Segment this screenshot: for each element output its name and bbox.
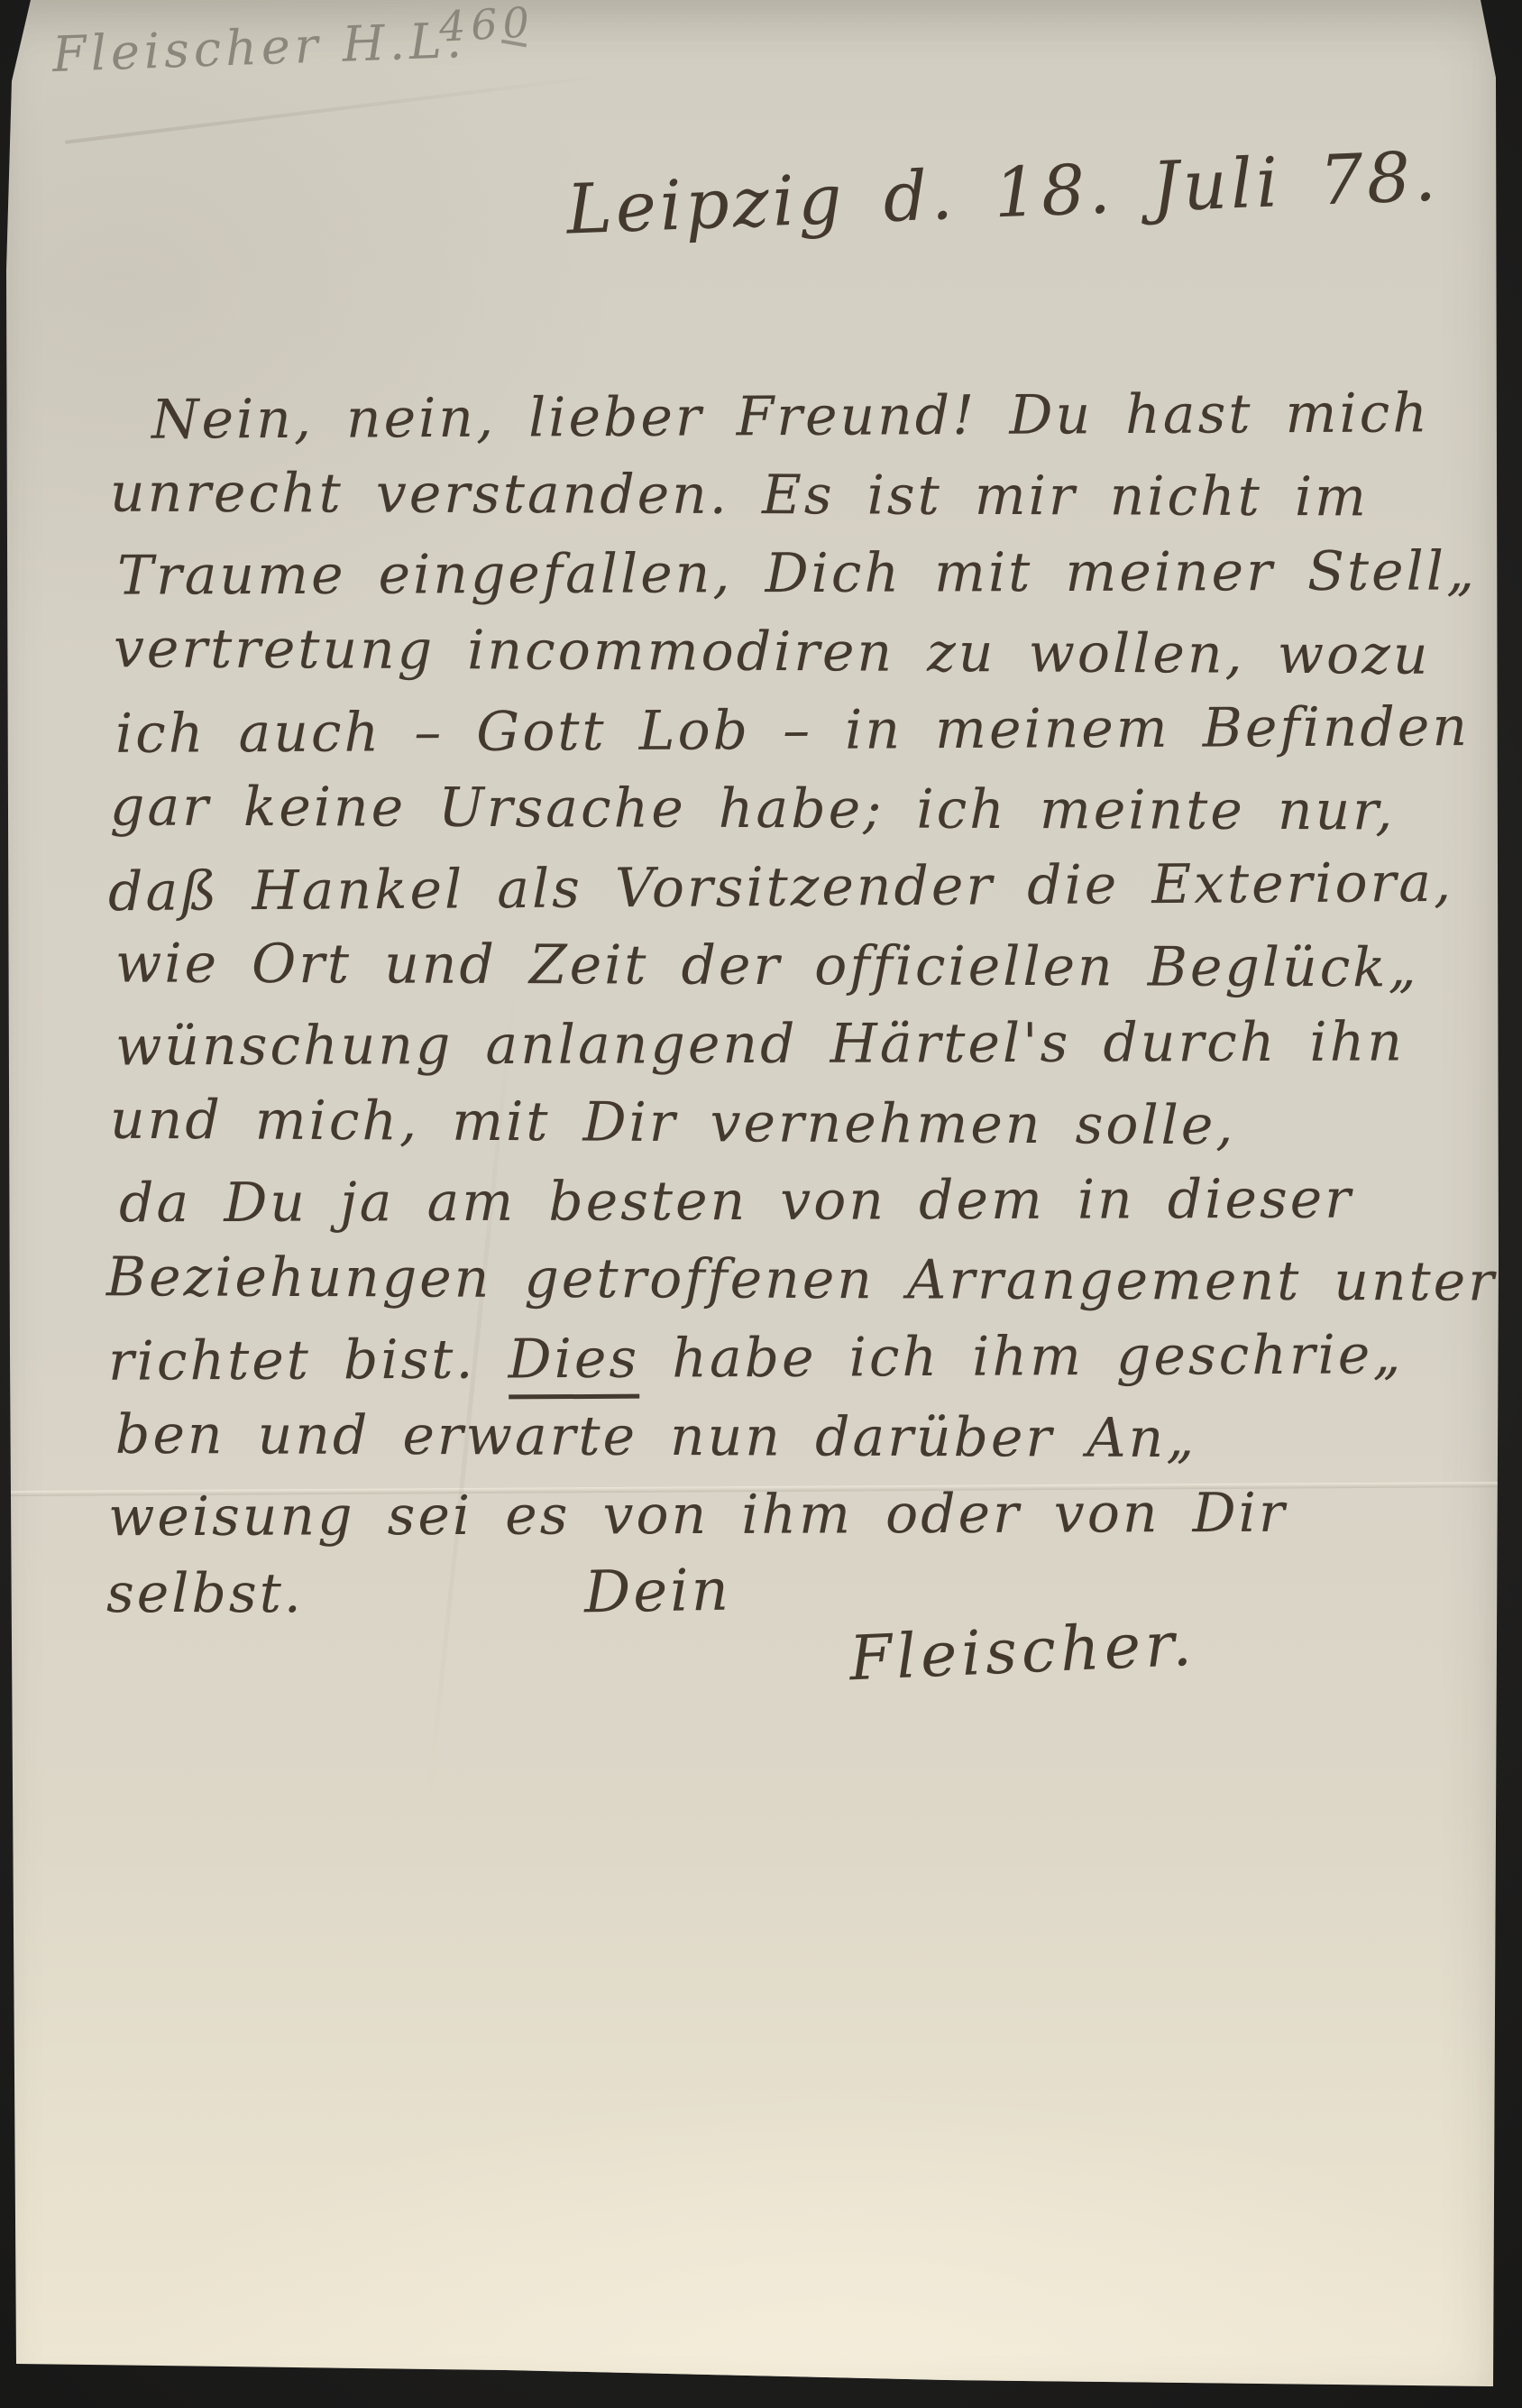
handwritten-line: richtet bist. Dies habe ich ihm geschrie… — [108, 1328, 1404, 1389]
collector-annotation: Fleischer H.L. — [51, 16, 467, 79]
handwritten-line: daß Hankel als Vorsitzender die Exterior… — [108, 856, 1454, 919]
line-text: richtet bist. — [108, 1328, 509, 1392]
handwritten-line: ich auch – Gott Lob – in meinem Befinden — [115, 700, 1470, 761]
handwritten-line: selbst. — [106, 1567, 304, 1621]
page-number-annotation: 460 — [438, 1, 536, 47]
handwritten-line: wie Ort und Zeit der officiellen Beglück… — [115, 936, 1419, 995]
line-text: habe ich ihm geschrie„ — [639, 1323, 1404, 1390]
handwritten-line: unrecht verstanden. Es ist mir nicht im — [110, 466, 1369, 525]
handwritten-line: ben und erwarte nun darüber An„ — [115, 1408, 1197, 1466]
handwritten-line: da Du ja am besten von dem in dieser — [119, 1172, 1353, 1231]
handwritten-line: vertretung incommodiren zu wollen, wozu — [114, 621, 1431, 683]
scanned-letter-photo: { "annotations": { "collector_name": "Fl… — [0, 0, 1522, 2408]
handwritten-line: und mich, mit Dir vernehmen solle, — [110, 1093, 1236, 1153]
paper-crease — [65, 72, 620, 144]
closing-word: Dein — [583, 1562, 731, 1622]
underlined-word: Dies — [508, 1328, 639, 1400]
handwritten-line: weisung sei es von ihm oder von Dir — [108, 1486, 1288, 1545]
handwritten-line: Traume eingefallen, Dich mit meiner Stel… — [117, 544, 1477, 602]
handwritten-line: Beziehungen getroffenen Arrangement unte… — [106, 1250, 1522, 1310]
signature: Fleischer. — [848, 1614, 1197, 1691]
dateline: Leipzig d. 18. Juli 78. — [565, 142, 1441, 244]
letter-page: Fleischer H.L. 460 Leipzig d. 18. Juli 7… — [0, 0, 1522, 2408]
handwritten-line: Nein, nein, lieber Freund! Du hast mich — [151, 386, 1430, 446]
handwritten-line: gar keine Ursache habe; ich meinte nur, — [110, 780, 1396, 839]
handwritten-line: wünschung anlangend Härtel's durch ihn — [115, 1016, 1405, 1074]
